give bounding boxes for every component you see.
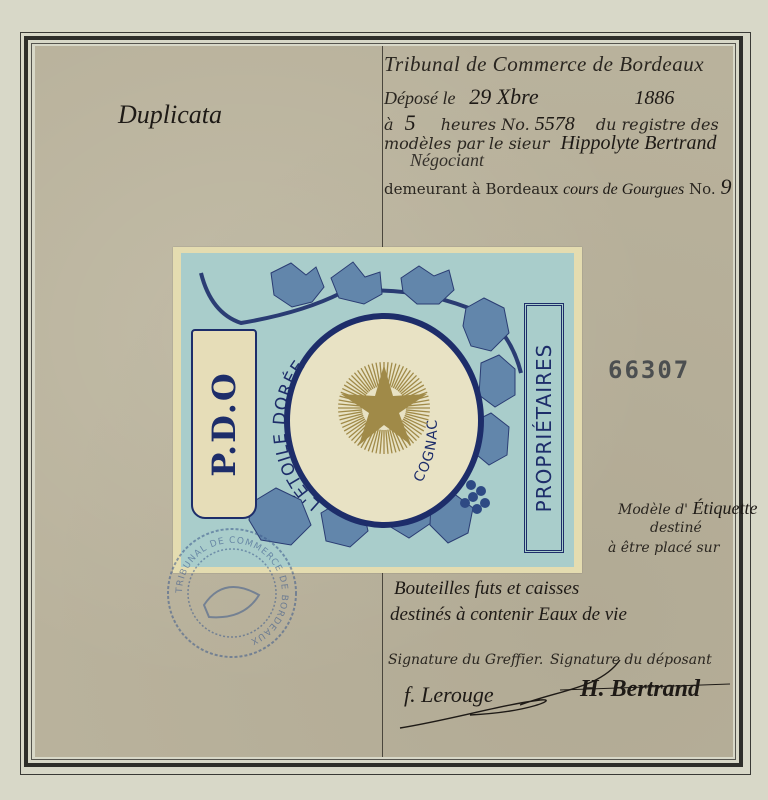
clerk-signature: f. Lerouge xyxy=(404,682,494,708)
svg-text:COGNAC: COGNAC xyxy=(411,419,441,486)
residence-street: cours de Gourgues xyxy=(563,181,684,198)
clerk-signature-label: Signature du Greffier. xyxy=(388,652,543,668)
residence-number: 9 xyxy=(720,174,731,199)
residence-prefix: demeurant à Bordeaux xyxy=(384,180,558,198)
court-seal-stamp: TRIBUNAL DE COMMERCE DE BORDEAUX xyxy=(164,525,300,661)
registration-stamp-number: 66307 xyxy=(608,356,690,384)
court-name: Tribunal de Commerce de Bordeaux xyxy=(384,52,704,77)
model-prefix: Modèle d' xyxy=(618,502,688,518)
label-title: L'ÉTOILE DORÉE xyxy=(270,357,324,515)
model-desc-placed-on: à être placé sur xyxy=(608,540,719,556)
column-divider-bottom xyxy=(382,573,383,757)
deposit-line: Déposé le 29 Xbre 1886 xyxy=(384,84,674,110)
duplicata-annotation: Duplicata xyxy=(118,100,222,130)
deposit-year: 1886 xyxy=(634,87,674,109)
proprietaires-text: PROPRIÉTAIRES xyxy=(532,344,556,513)
residence-no-prefix: No. xyxy=(689,180,716,198)
seal-text: TRIBUNAL DE COMMERCE DE BORDEAUX xyxy=(175,536,289,646)
model-desc-destined: destiné xyxy=(650,520,702,536)
proprietaires-plaque: PROPRIÉTAIRES xyxy=(524,303,564,553)
svg-text:TRIBUNAL DE COMMERCE DE BORDEA: TRIBUNAL DE COMMERCE DE BORDEAUX xyxy=(175,536,289,646)
usage-line-1: Bouteilles futs et caisses xyxy=(394,578,579,600)
deposit-prefix: Déposé le xyxy=(384,88,455,108)
depositor-name: Hippolyte Bertrand xyxy=(560,132,716,154)
label-panel: P.D.O L'ÉTOILE DORÉE COGNAC PROPRIÉTAIRE… xyxy=(181,253,574,567)
oval-content: L'ÉTOILE DORÉE COGNAC xyxy=(181,253,574,567)
depositor-signature: H. Bertrand xyxy=(580,676,700,703)
model-desc-line1: Modèle d' Étiquette xyxy=(618,498,757,519)
profession: Négociant xyxy=(410,150,484,171)
deposit-date: 29 Xbre xyxy=(469,84,538,109)
column-divider-top xyxy=(382,46,383,248)
svg-text:L'ÉTOILE DORÉE: L'ÉTOILE DORÉE xyxy=(270,357,324,515)
label-subtitle: COGNAC xyxy=(411,419,441,486)
residence-line: demeurant à Bordeaux cours de Gourgues N… xyxy=(384,174,731,200)
usage-line-2: destinés à contenir Eaux de vie xyxy=(390,604,627,626)
model-type-handwritten: Étiquette xyxy=(693,498,758,518)
depositor-signature-label: Signature du déposant xyxy=(550,652,712,668)
